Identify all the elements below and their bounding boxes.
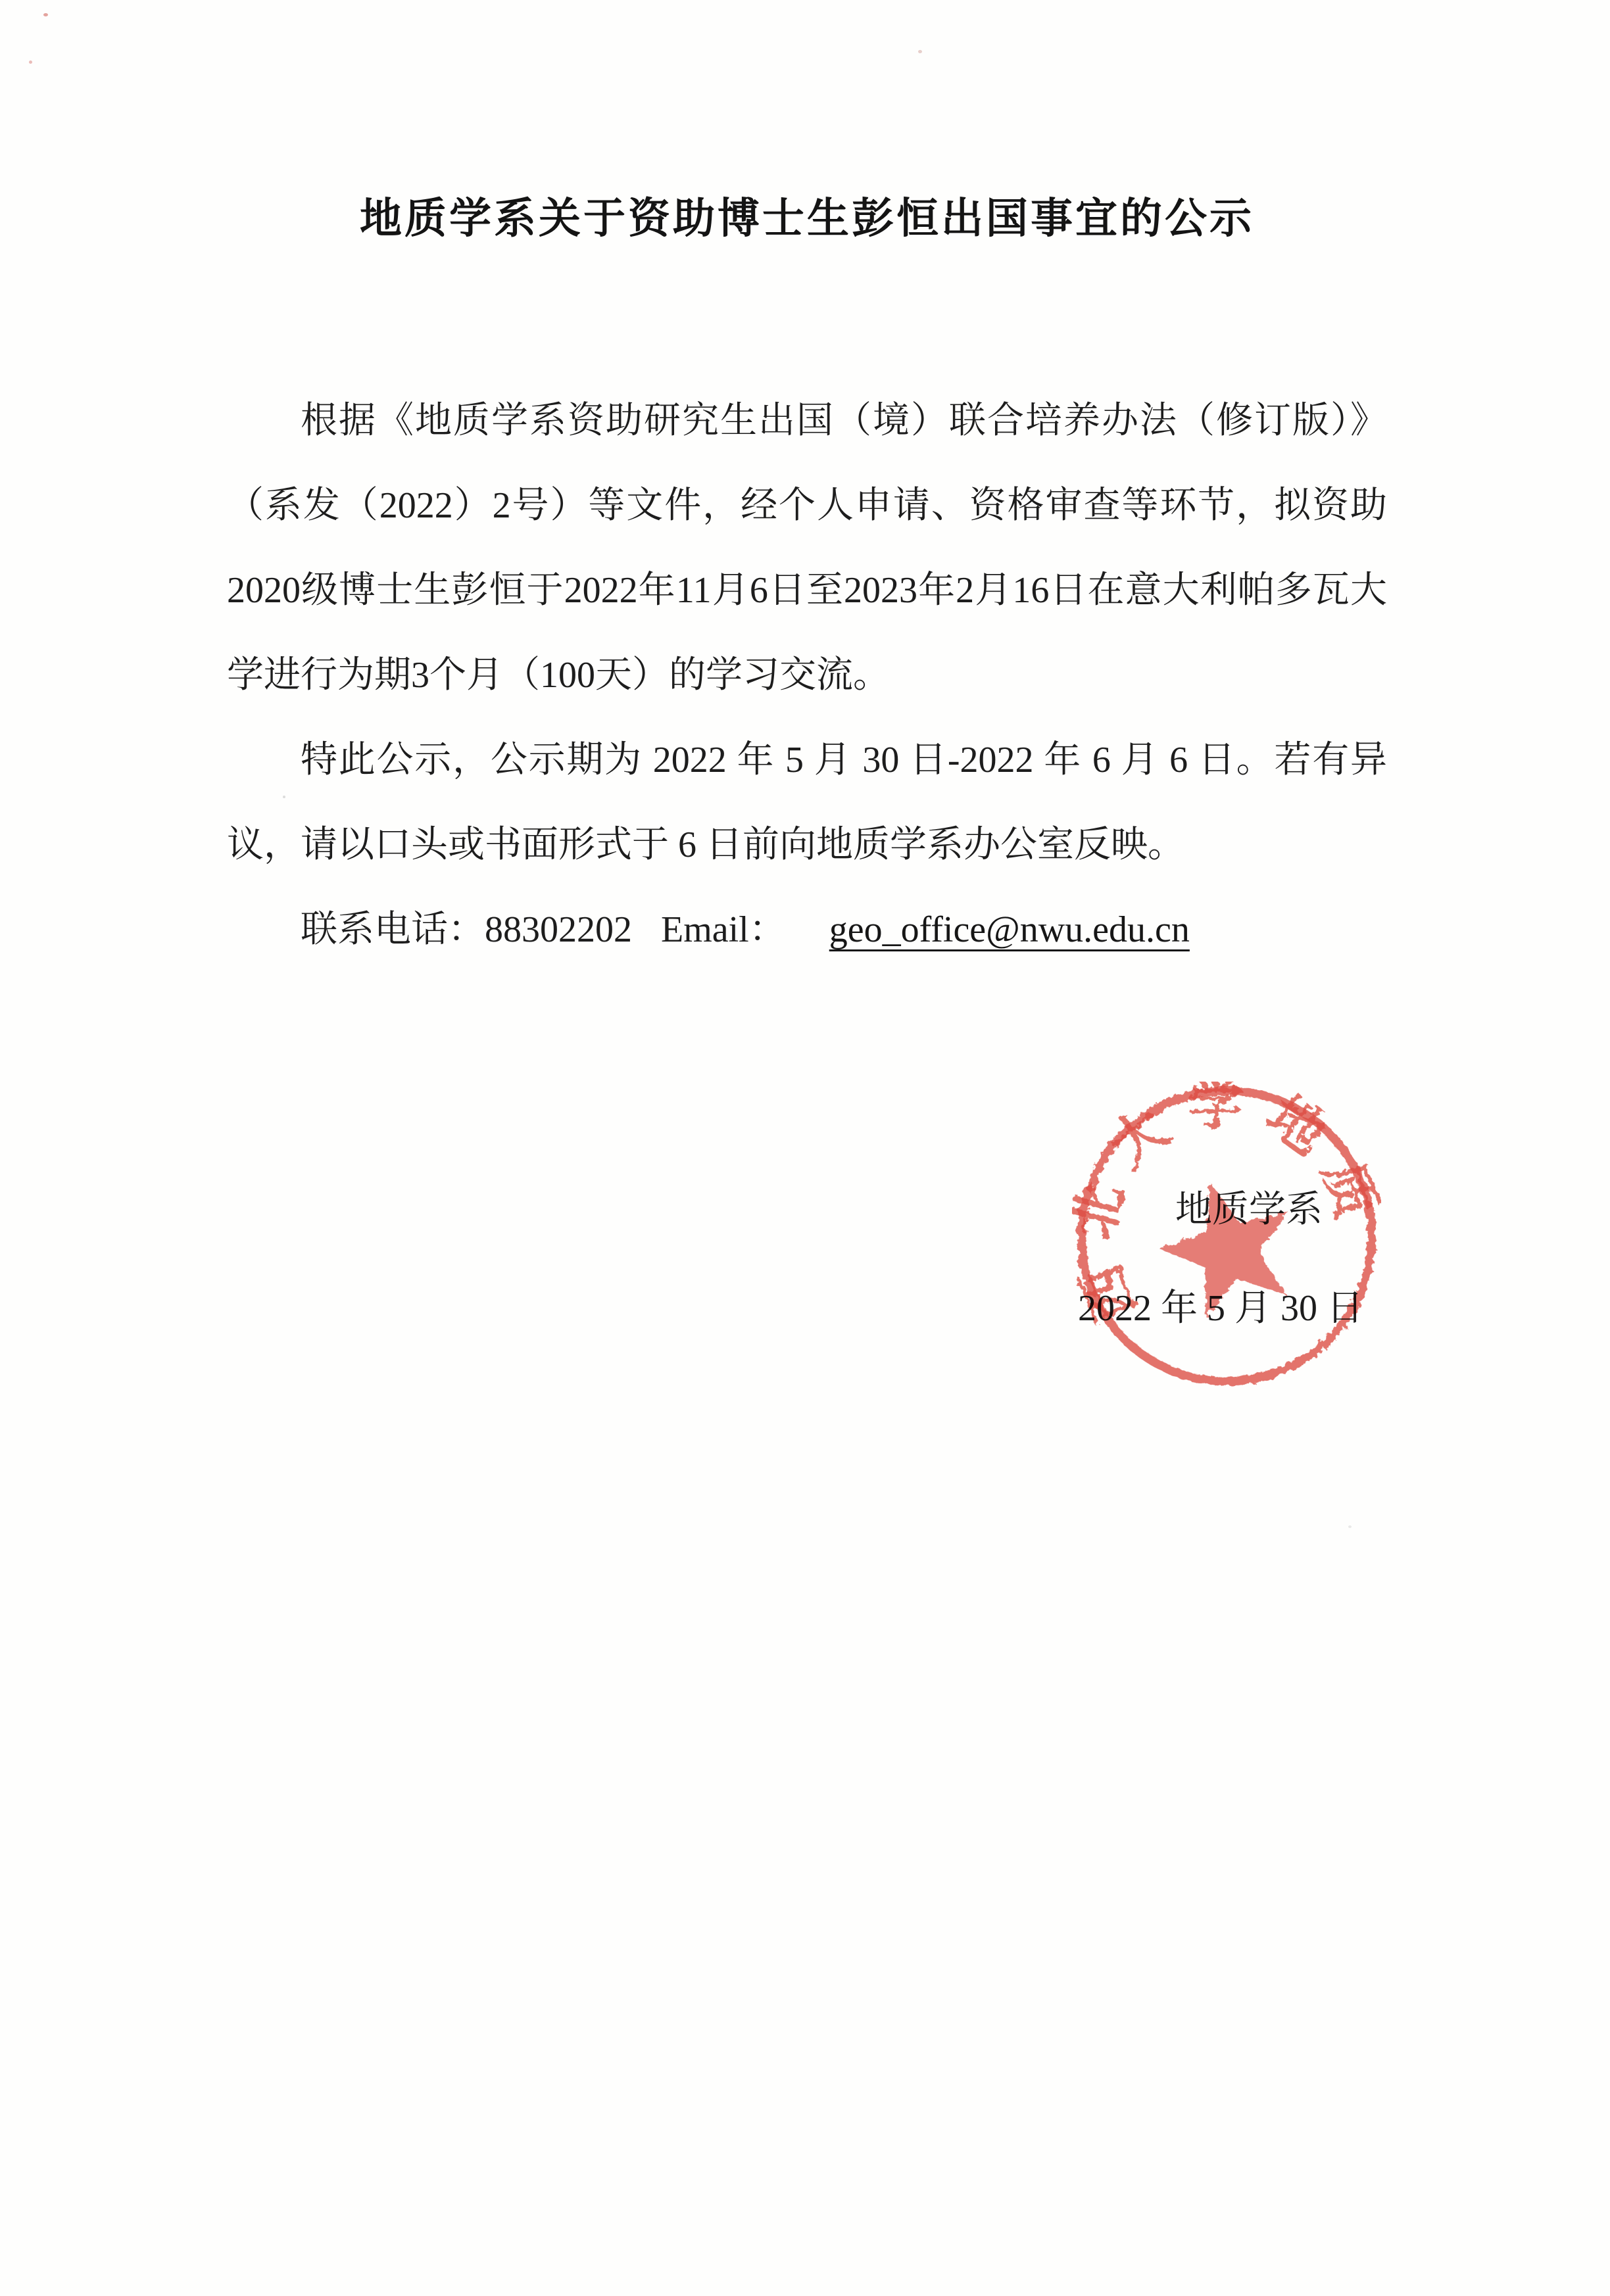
paragraph-notice-period: 特此公示，公示期为 2022 年 5 月 30 日-2022 年 6 月 6 日… bbox=[227, 718, 1387, 888]
signature-department: 地质学系 bbox=[227, 1160, 1323, 1259]
scan-speck bbox=[283, 796, 285, 798]
paragraph-basis: 根据《地质学系资助研究生出国（境）联合培养办法（修订版）》（系发（2022）2号… bbox=[227, 379, 1387, 718]
signature-date: 2022 年 5 月 30 日 bbox=[227, 1259, 1363, 1358]
document-body: 根据《地质学系资助研究生出国（境）联合培养办法（修订版）》（系发（2022）2号… bbox=[227, 379, 1387, 972]
phone-number: 88302202 bbox=[485, 909, 632, 950]
scan-speck bbox=[918, 50, 922, 53]
scan-speck bbox=[1348, 1525, 1352, 1528]
scanned-document-page: 地质学系关于资助博士生彭恒出国事宜的公示 根据《地质学系资助研究生出国（境）联合… bbox=[0, 0, 1610, 2296]
page-title: 地质学系关于资助博士生彭恒出国事宜的公示 bbox=[227, 197, 1387, 239]
scan-speck bbox=[29, 60, 32, 64]
signature-block: 地质学系 2022 年 5 月 30 日 bbox=[227, 1160, 1387, 1358]
scan-speck bbox=[43, 13, 48, 16]
phone-label: 联系电话： bbox=[301, 909, 485, 950]
email-link[interactable]: geo_office@nwu.edu.cn bbox=[829, 909, 1190, 950]
email-label: Email： bbox=[661, 909, 786, 950]
contact-line: 联系电话：88302202Email：geo_office@nwu.edu.cn bbox=[227, 888, 1387, 972]
document-content: 地质学系关于资助博士生彭恒出国事宜的公示 根据《地质学系资助研究生出国（境）联合… bbox=[227, 197, 1387, 1358]
